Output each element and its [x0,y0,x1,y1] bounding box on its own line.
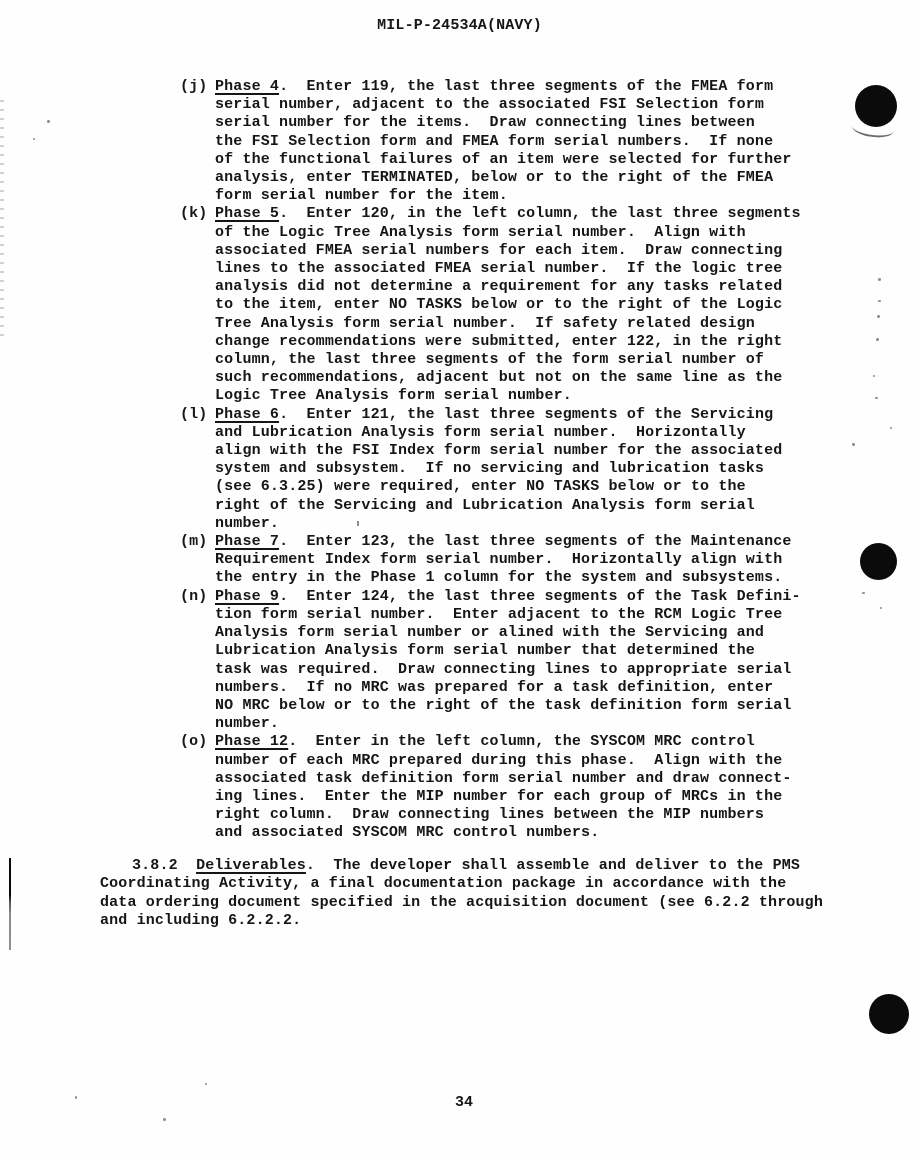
section-deliverables: 3.8.2 Deliverables. The developer shall … [100,857,840,931]
noise-speck [875,397,878,399]
item-text: . Enter 124, the last three segments of … [215,588,801,732]
scan-edge-noise [0,100,4,340]
list-item-phase-7: (m) Phase 7. Enter 123, the last three s… [0,533,919,588]
noise-speck [163,1118,166,1121]
noise-speck [205,1083,207,1085]
list-item-phase-4: (j) Phase 4. Enter 119, the last three s… [0,78,919,205]
noise-speck [873,375,875,377]
registration-dot [860,543,897,580]
noise-speck [890,427,892,429]
phase-label: Phase 9 [215,588,279,605]
list-item-phase-6: (l) Phase 6. Enter 121, the last three s… [0,406,919,533]
scan-artifact-line [9,858,11,950]
phase-label: Phase 7 [215,533,279,550]
item-text: . Enter 121, the last three segments of … [215,406,782,532]
registration-dot [869,994,909,1034]
item-body: Phase 7. Enter 123, the last three segme… [215,533,919,588]
item-body: Phase 6. Enter 121, the last three segme… [215,406,919,533]
item-body: Phase 5. Enter 120, in the left column, … [215,205,919,405]
phase-label: Phase 5 [215,205,279,222]
noise-speck [877,315,880,318]
item-marker: (n) [180,588,207,606]
noise-speck [33,138,35,140]
item-text: . Enter in the left column, the SYSCOM M… [215,733,792,841]
list-item-phase-5: (k) Phase 5. Enter 120, in the left colu… [0,205,919,405]
noise-speck [878,278,881,281]
noise-speck [876,338,879,341]
item-text: . Enter 120, in the left column, the las… [215,205,801,404]
item-body: Phase 4. Enter 119, the last three segme… [215,78,919,205]
noise-speck [47,120,50,123]
item-text: . Enter 119, the last three segments of … [215,78,792,204]
noise-speck [357,521,359,526]
item-marker: (j) [180,78,207,96]
item-text: . Enter 123, the last three segments of … [215,533,792,586]
phase-label: Phase 4 [215,78,279,95]
item-marker: (m) [180,533,207,551]
item-marker: (l) [180,406,207,424]
phase-label: Phase 6 [215,406,279,423]
section-number: 3.8.2 [132,857,196,874]
list-item-phase-12: (o) Phase 12. Enter in the left column, … [0,733,919,842]
phase-instruction-list: (j) Phase 4. Enter 119, the last three s… [0,78,919,843]
section-label: Deliverables [196,857,306,874]
noise-speck [880,607,882,609]
noise-speck [878,300,881,302]
list-item-phase-9: (n) Phase 9. Enter 124, the last three s… [0,588,919,734]
noise-speck [862,592,865,594]
item-marker: (k) [180,205,207,223]
noise-speck [75,1096,77,1099]
scanned-document-page: MIL-P-24534A(NAVY) (j) Phase 4. Enter 11… [0,0,919,1157]
phase-label: Phase 12 [215,733,288,750]
document-id-header: MIL-P-24534A(NAVY) [0,16,919,36]
item-body: Phase 9. Enter 124, the last three segme… [215,588,919,734]
noise-speck [852,443,855,446]
item-marker: (o) [180,733,207,751]
item-body: Phase 12. Enter in the left column, the … [215,733,919,842]
page-number: 34 [455,1094,473,1112]
